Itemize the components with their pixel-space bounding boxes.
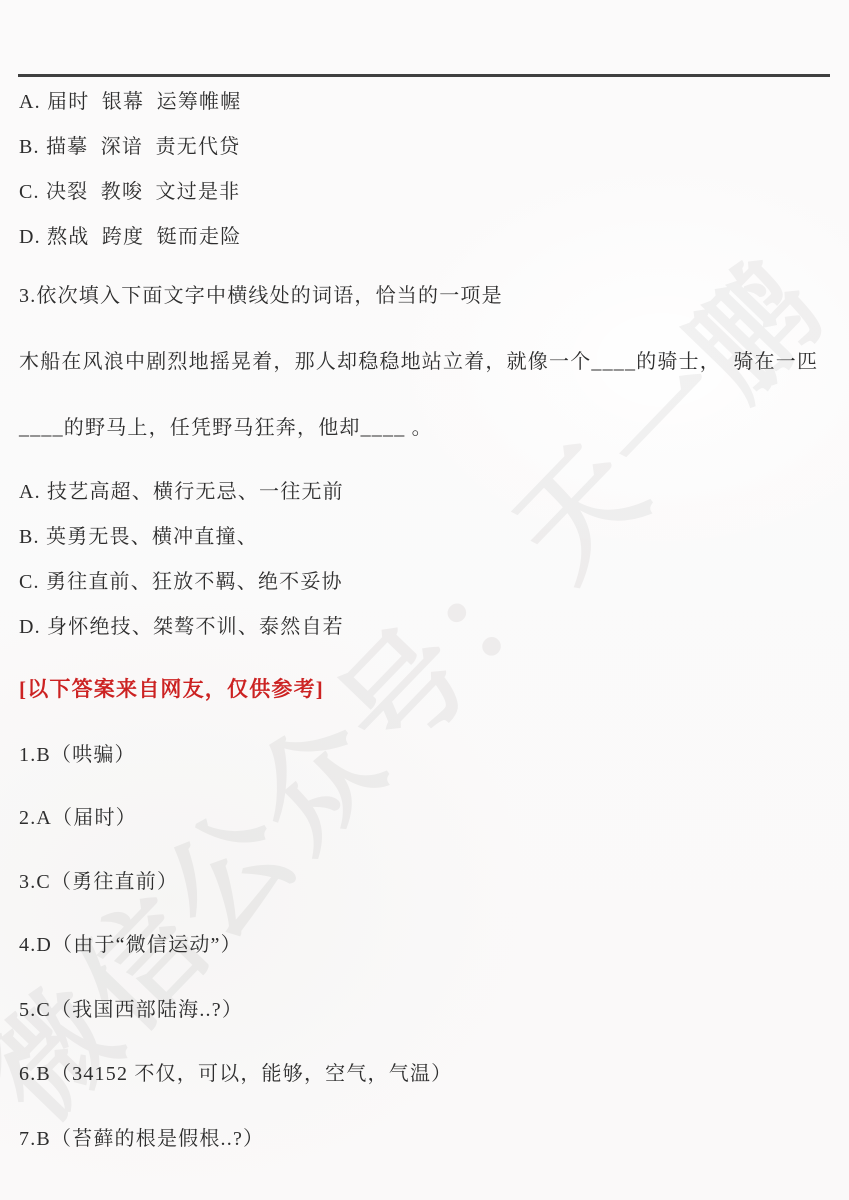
q2-option-b: B. 描摹 深谙 责无代贷: [19, 136, 240, 158]
answer-3: 3.C（勇往直前）: [19, 871, 178, 893]
answers-note: [以下答案来自网友，仅供参考]: [19, 678, 324, 700]
q3-option-d: D. 身怀绝技、桀骜不训、泰然自若: [19, 616, 344, 638]
q2-option-c: C. 决裂 教唆 文过是非: [19, 181, 240, 203]
answer-4: 4.D（由于“微信运动”）: [19, 934, 242, 956]
q2-option-d: D. 熬战 跨度 铤而走险: [19, 226, 241, 248]
q3-option-a: A. 技艺高超、横行无忌、一往无前: [19, 481, 344, 503]
q3-stem: 3.依次填入下面文字中横线处的词语，恰当的一项是: [19, 285, 503, 307]
answer-1: 1.B（哄骗）: [19, 744, 136, 766]
q3-option-c: C. 勇往直前、狂放不羁、绝不妥协: [19, 571, 343, 593]
q2-option-a: A. 届时 银幕 运筹帷幄: [19, 91, 241, 113]
answer-2: 2.A（届时）: [19, 807, 137, 829]
horizontal-divider: [18, 74, 830, 77]
q3-passage-line1: 木船在风浪中剧烈地摇晃着，那人却稳稳地站立着，就像一个____的骑士， 骑在一匹: [19, 351, 818, 373]
answer-7: 7.B（苔藓的根是假根..?）: [19, 1128, 264, 1150]
answer-6: 6.B（34152 不仅，可以，能够，空气，气温）: [19, 1063, 452, 1085]
answer-5: 5.C（我国西部陆海..?）: [19, 999, 243, 1021]
document-page: 微信公众号：天一鹏 A. 届时 银幕 运筹帷幄 B. 描摹 深谙 责无代贷 C.…: [0, 0, 849, 1200]
q3-passage-line2: ____的野马上，任凭野马狂奔，他却____ 。: [19, 417, 433, 439]
q3-option-b: B. 英勇无畏、横冲直撞、: [19, 526, 258, 548]
